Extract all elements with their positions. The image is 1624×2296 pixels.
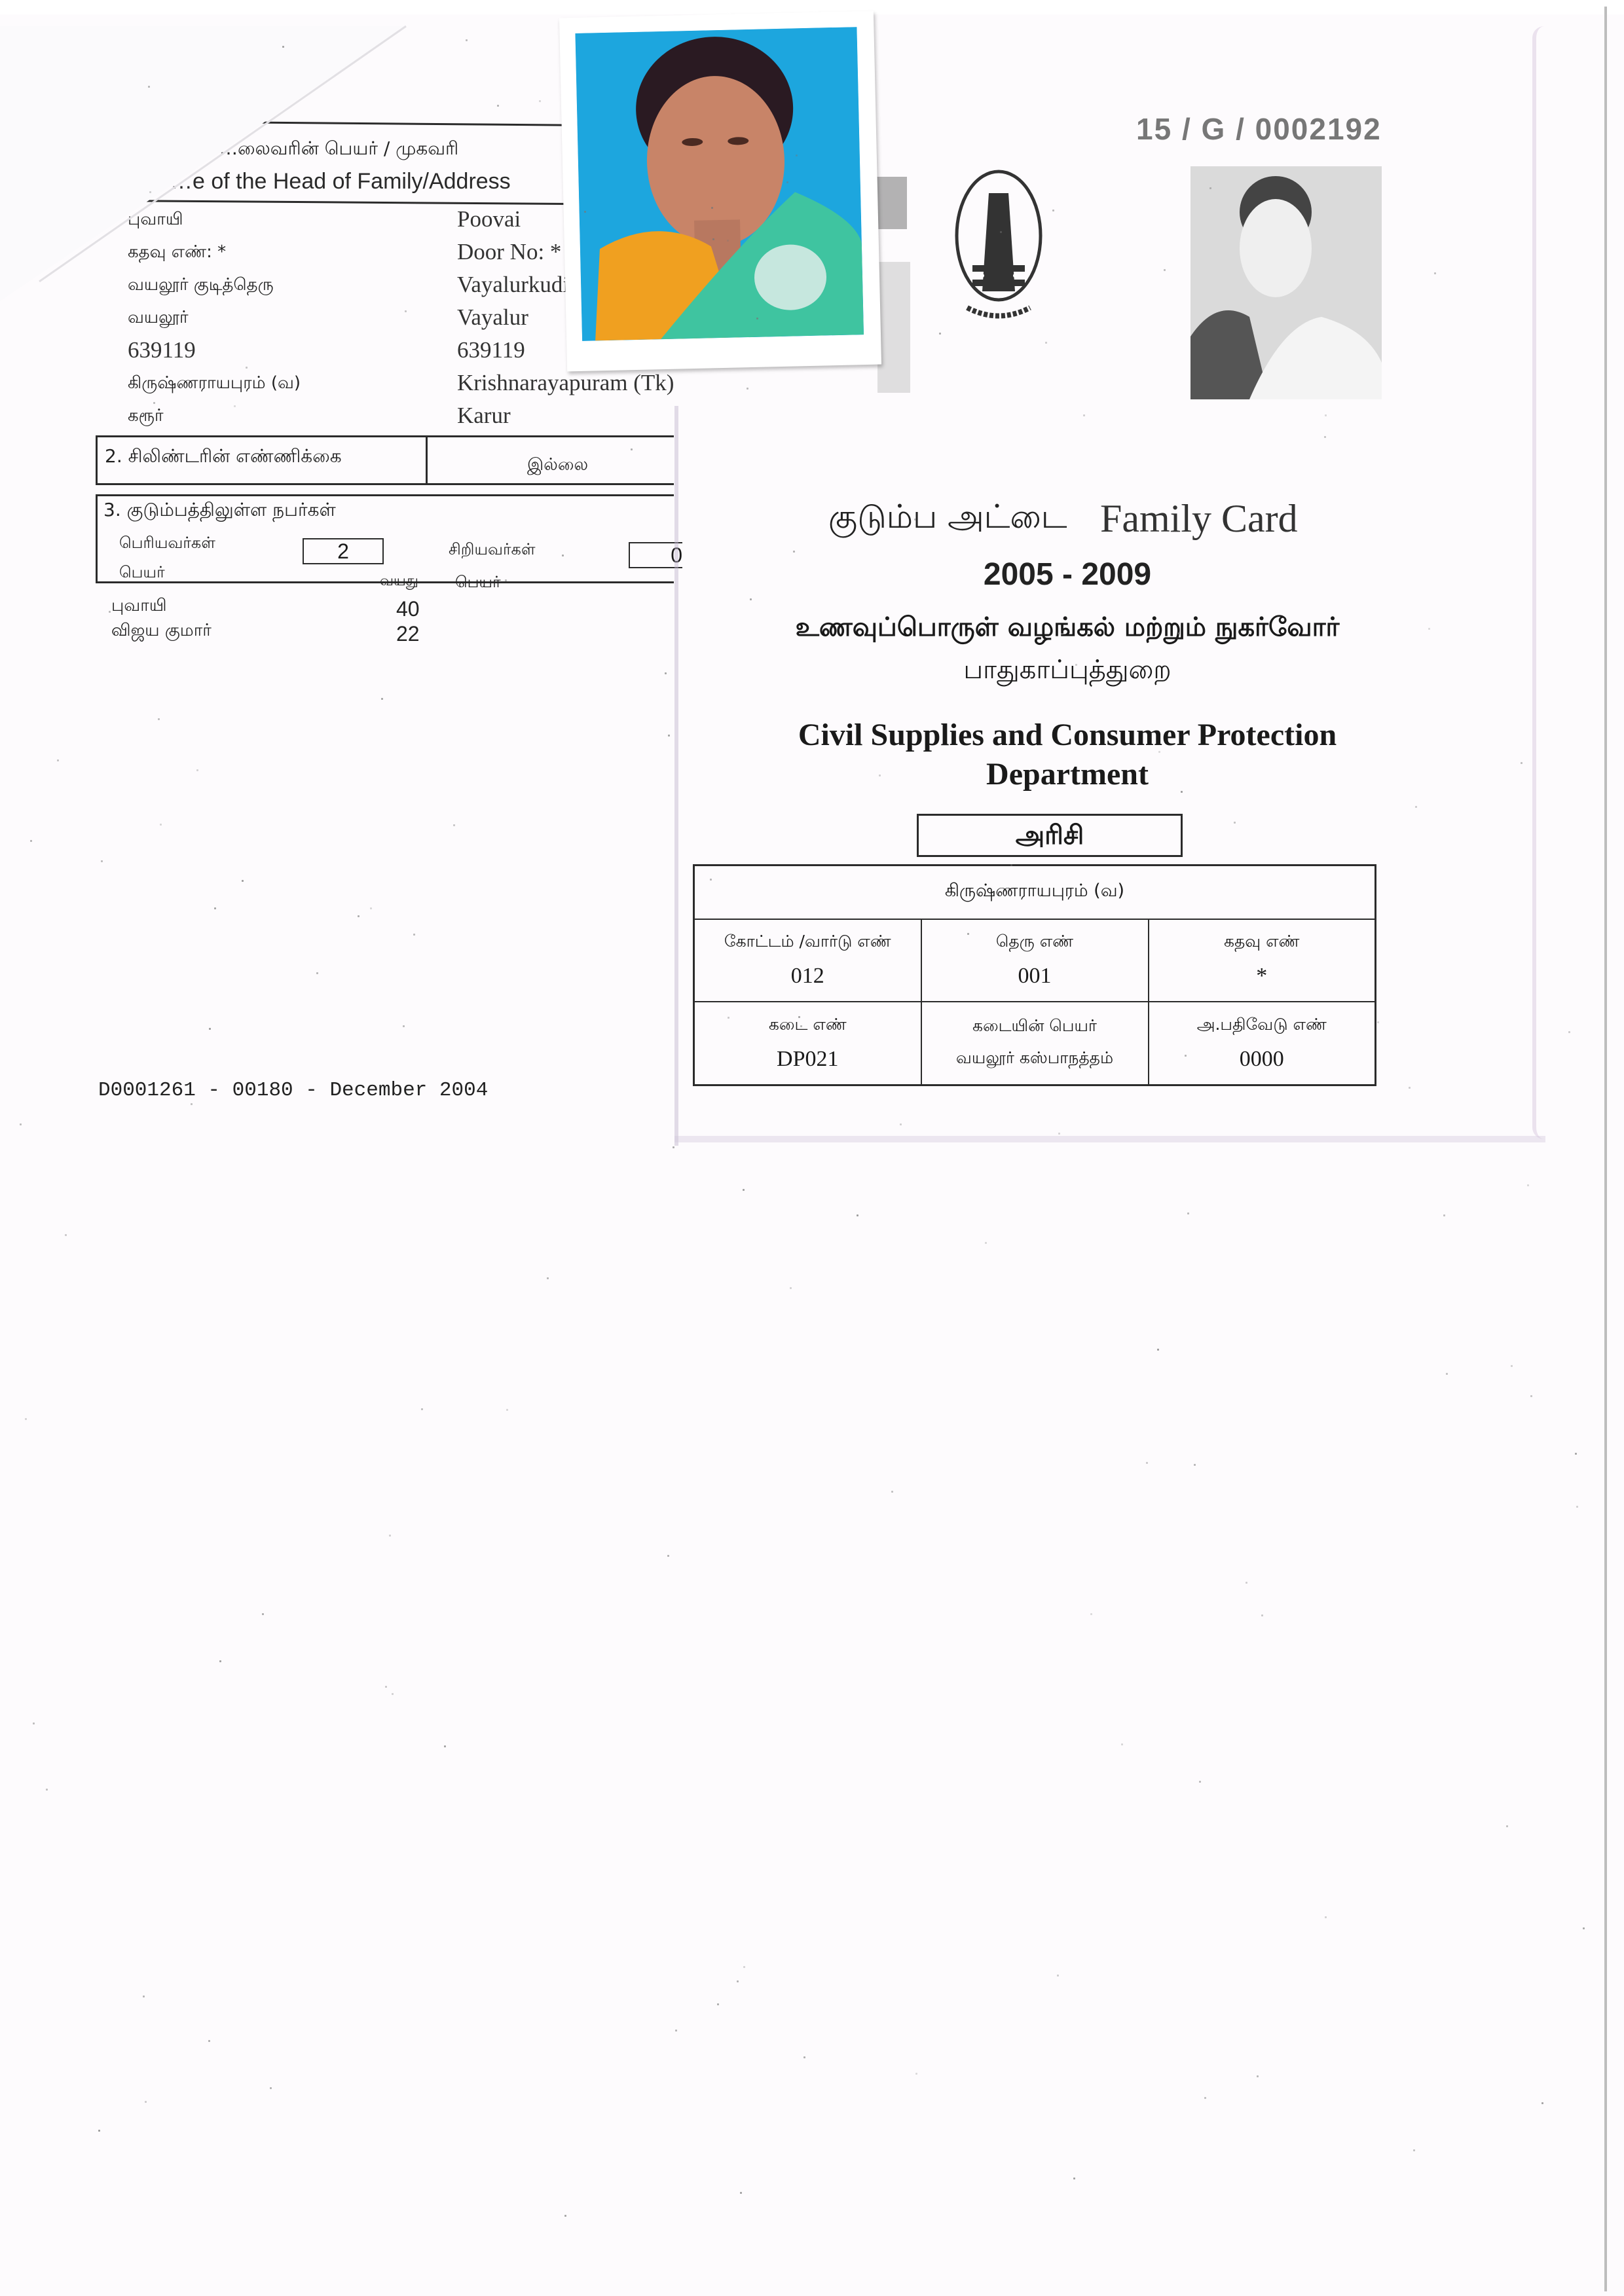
- scan-speck: [1090, 1613, 1092, 1615]
- portrait-photo-icon: [575, 27, 864, 341]
- scan-speck: [710, 879, 712, 881]
- table-cell: கடை எண் DP021: [694, 1002, 921, 1085]
- scan-speck: [1521, 762, 1522, 764]
- card-validity: 2005 - 2009: [805, 556, 1329, 592]
- member-name: புவாயி: [111, 596, 167, 617]
- scan-speck: [1052, 210, 1054, 211]
- scan-speck: [1010, 864, 1012, 866]
- page-fold-corner: [0, 0, 458, 458]
- scan-speck: [712, 238, 714, 240]
- scan-speck: [1187, 1212, 1189, 1214]
- scan-right-edge: [1604, 7, 1607, 2291]
- scan-speck: [978, 894, 980, 896]
- scan-speck: [796, 155, 798, 156]
- department-english-line2: Department: [740, 756, 1395, 792]
- scan-speck: [392, 1693, 394, 1695]
- scan-speck: [1415, 806, 1417, 808]
- scan-speck: [1234, 822, 1236, 824]
- scan-speck: [33, 1722, 35, 1724]
- scan-speck: [915, 2073, 917, 2075]
- table-cell: தெரு எண் 001: [921, 919, 1149, 1002]
- street-number-value: 001: [922, 964, 1148, 989]
- scan-speck: [584, 211, 586, 213]
- scan-speck: [667, 1555, 669, 1557]
- scan-speck: [1058, 1133, 1060, 1135]
- scan-speck: [402, 153, 404, 155]
- scan-speck: [270, 2087, 272, 2089]
- shop-name-label: கடையின் பெயர்: [922, 1016, 1148, 1038]
- adults-count: 2: [303, 538, 384, 564]
- scan-speck: [790, 1287, 792, 1289]
- scan-speck: [539, 100, 541, 102]
- scan-speck: [109, 611, 111, 613]
- ward-number-label: கோட்டம் /வார்டு எண்: [695, 932, 921, 953]
- scan-speck: [1446, 1373, 1448, 1375]
- scan-speck: [1075, 664, 1077, 666]
- address-en-line: Door No: *: [457, 239, 561, 265]
- scan-speck: [219, 1660, 221, 1662]
- scan-speck: [1434, 272, 1436, 274]
- table-cell: கதவு எண் *: [1149, 919, 1376, 1002]
- adults-label: பெரியவர்கள்: [119, 534, 215, 554]
- scan-speck: [1413, 2149, 1415, 2151]
- scan-speck: [1527, 1184, 1529, 1186]
- table-row: கடை எண் DP021 கடையின் பெயர் வயலூர் கஸ்பா…: [694, 1002, 1376, 1085]
- column-age: வயது: [380, 573, 418, 591]
- scan-speck: [242, 880, 244, 882]
- scan-speck: [717, 2003, 719, 2005]
- scan-speck: [453, 824, 455, 826]
- ward-number-value: 012: [695, 964, 921, 989]
- scan-speck: [711, 207, 713, 209]
- scan-speck: [675, 2030, 677, 2032]
- scan-speck: [1000, 231, 1002, 233]
- scan-speck: [849, 740, 851, 742]
- scan-speck: [1324, 436, 1326, 438]
- scan-speck: [727, 240, 729, 242]
- scan-speck: [1583, 1927, 1585, 1929]
- tamil-nadu-emblem-icon: [953, 167, 1044, 324]
- scan-speck: [1568, 1031, 1570, 1033]
- scan-speck: [1057, 1975, 1059, 1977]
- scan-speck: [900, 1123, 902, 1125]
- scan-speck: [1511, 1365, 1513, 1367]
- scan-speck: [1073, 2178, 1075, 2179]
- card-title-tamil: குடும்ப அட்டை: [828, 498, 1067, 540]
- scan-speck: [1178, 632, 1180, 634]
- scan-speck: [793, 551, 795, 553]
- register-number-label: அ.பதிவேடு எண்: [1149, 1015, 1375, 1036]
- scan-speck: [160, 824, 162, 826]
- holder-photo-color: [559, 11, 881, 372]
- scan-speck: [1576, 1506, 1578, 1508]
- scan-speck: [30, 840, 32, 842]
- scan-speck: [1121, 1743, 1123, 1745]
- scan-speck: [155, 507, 157, 509]
- scan-speck: [1204, 2097, 1206, 2099]
- address-en-line: Karur: [457, 403, 511, 429]
- scan-speck: [145, 2101, 147, 2103]
- address-en-line: Vayalur: [457, 304, 528, 331]
- scan-speck: [1209, 187, 1211, 189]
- scan-speck: [385, 1686, 387, 1688]
- scan-speck: [891, 1491, 893, 1493]
- member-age: 22: [396, 622, 420, 646]
- scan-speck: [358, 915, 360, 917]
- scan-speck: [1530, 1395, 1532, 1397]
- panel-edge: [674, 406, 678, 1146]
- scan-speck: [743, 1189, 745, 1191]
- scan-speck: [421, 1408, 423, 1410]
- scan-speck: [506, 1409, 508, 1411]
- scan-speck: [405, 310, 407, 312]
- scan-speck: [143, 1995, 145, 1997]
- scan-speck: [857, 1214, 858, 1216]
- scan-speck: [1257, 2075, 1259, 2077]
- scan-speck: [158, 718, 160, 720]
- scan-speck: [1377, 1021, 1379, 1023]
- scan-speck: [1158, 751, 1160, 753]
- family-members-label: 3. குடும்பத்திலுள்ள நபர்கள்: [103, 499, 336, 523]
- scan-speck: [57, 759, 59, 761]
- scan-speck: [1506, 1825, 1508, 1827]
- member-name: விஜய குமார்: [111, 621, 212, 642]
- scan-speck: [967, 933, 969, 935]
- scan-speck: [1045, 342, 1047, 344]
- member-age: 40: [396, 597, 420, 621]
- address-en-line: 639119: [457, 337, 525, 363]
- scan-speck: [466, 39, 468, 41]
- scan-speck: [214, 907, 216, 909]
- scan-speck: [1575, 1453, 1577, 1455]
- shop-details-table: கிருஷ்ணராயபுரம் (வ) கோட்டம் /வார்டு எண் …: [693, 864, 1376, 1086]
- scan-speck: [1164, 269, 1166, 271]
- table-row: கோட்டம் /வார்டு எண் 012 தெரு எண் 001 கதவ…: [694, 919, 1376, 1002]
- scan-speck: [370, 907, 372, 909]
- address-en-line: Krishnarayapuram (Tk): [457, 370, 674, 396]
- scan-speck: [444, 1745, 446, 1747]
- shop-number-value: DP021: [695, 1047, 921, 1072]
- scan-speck: [728, 1017, 729, 1019]
- register-number-value: 0000: [1149, 1047, 1375, 1072]
- scan-speck: [196, 769, 198, 771]
- table-cell: கடையின் பெயர் வயலூர் கஸ்பாநத்தம்: [921, 1002, 1149, 1085]
- scan-speck: [1428, 628, 1430, 630]
- scan-speck: [1185, 1055, 1187, 1057]
- scan-speck: [1181, 791, 1183, 793]
- scan-speck: [148, 86, 150, 88]
- scan-speck: [673, 1146, 674, 1148]
- shop-name-value: வயலூர் கஸ்பாநத்தம்: [922, 1048, 1148, 1070]
- scan-speck: [1325, 414, 1327, 416]
- scan-speck: [737, 1980, 739, 1982]
- commodity-type-badge: அரிசி: [917, 814, 1183, 857]
- scan-speck: [246, 367, 248, 369]
- scan-speck: [564, 2215, 566, 2217]
- scan-speck: [1246, 1582, 1247, 1584]
- scan-speck: [234, 405, 236, 407]
- scan-speck: [562, 555, 564, 556]
- taluk-cell: கிருஷ்ணராயபுரம் (வ): [694, 866, 1376, 919]
- scan-speck: [381, 698, 383, 700]
- scan-speck: [20, 1123, 22, 1125]
- scan-speck: [1443, 1214, 1445, 1216]
- scan-speck: [879, 774, 881, 776]
- scan-speck: [46, 1789, 48, 1791]
- scan-speck: [149, 191, 151, 193]
- department-tamil-line2: பாதுகாப்புத்துறை: [740, 655, 1395, 688]
- scan-artifact: [877, 262, 910, 393]
- column-name-children: பெயர்: [455, 573, 501, 593]
- children-label: சிறியவர்கள்: [449, 540, 536, 560]
- scan-speck: [153, 402, 155, 404]
- scan-speck: [798, 1016, 800, 1018]
- taluk-name: கிருஷ்ணராயபுரம் (வ): [695, 881, 1375, 903]
- scan-speck: [665, 672, 667, 674]
- scan-speck: [547, 1277, 549, 1279]
- scan-speck: [985, 1242, 987, 1244]
- scan-speck: [750, 598, 752, 600]
- scan-speck: [282, 46, 284, 48]
- scan-speck: [209, 1028, 211, 1030]
- scan-speck: [1194, 1464, 1196, 1466]
- scan-speck: [800, 1025, 802, 1027]
- document-reference-code: D0001261 - 00180 - December 2004: [98, 1079, 488, 1102]
- scan-speck: [101, 860, 103, 862]
- scan-speck: [631, 448, 633, 450]
- scan-speck: [668, 735, 670, 737]
- department-english-line1: Civil Supplies and Consumer Protection: [740, 717, 1395, 753]
- table-cell: அ.பதிவேடு எண் 0000: [1149, 1002, 1376, 1085]
- scan-speck: [25, 1418, 27, 1420]
- department-tamil-line1: உணவுப்பொருள் வழங்கல் மற்றும் நுகர்வோர்: [740, 612, 1395, 646]
- scan-speck: [1409, 1087, 1411, 1089]
- scan-speck: [1199, 1781, 1201, 1783]
- scan-speck: [1157, 1349, 1159, 1351]
- panel-bottom-edge: [674, 1136, 1545, 1142]
- scan-speck: [98, 2130, 100, 2132]
- scan-speck: [803, 2056, 805, 2058]
- scan-speck: [914, 519, 916, 520]
- portrait-photo-grayscale-icon: [1190, 166, 1382, 399]
- scan-speck: [1146, 1462, 1148, 1464]
- scan-speck: [403, 1025, 405, 1027]
- scan-speck: [1541, 2102, 1543, 2104]
- scan-speck: [1261, 1614, 1263, 1616]
- column-name: பெயர்: [119, 563, 165, 583]
- address-en-line: Poovai: [457, 206, 521, 232]
- street-number-label: தெரு எண்: [922, 932, 1148, 953]
- table-cell: கோட்டம் /வார்டு எண் 012: [694, 919, 921, 1002]
- scan-speck: [262, 1613, 264, 1615]
- scan-speck: [740, 2192, 742, 2194]
- address-en-line: Vayalurkudi: [457, 272, 569, 298]
- scan-speck: [786, 181, 788, 183]
- scan-speck: [497, 105, 499, 107]
- scan-speck: [939, 333, 941, 335]
- scan-speck: [208, 2040, 210, 2042]
- card-title-english: Family Card: [1100, 496, 1298, 541]
- scan-speck: [1083, 414, 1085, 416]
- scan-speck: [413, 934, 415, 936]
- scan-speck: [65, 1234, 67, 1236]
- cylinder-count-value: இல்லை: [527, 455, 588, 477]
- scan-speck: [1075, 834, 1077, 836]
- scan-speck: [389, 1535, 391, 1537]
- scan-speck: [505, 579, 507, 581]
- scan-speck: [743, 1966, 745, 1968]
- scan-speck: [191, 1103, 193, 1105]
- scan-speck: [1325, 1916, 1327, 1918]
- scan-speck: [800, 973, 802, 975]
- scan-speck: [747, 388, 748, 390]
- card-number: 15 / G / 0002192: [1136, 111, 1382, 147]
- scan-speck: [316, 972, 318, 974]
- door-number-label: கதவு எண்: [1149, 932, 1375, 953]
- scan-speck: [756, 318, 758, 319]
- door-number-value: *: [1149, 964, 1375, 989]
